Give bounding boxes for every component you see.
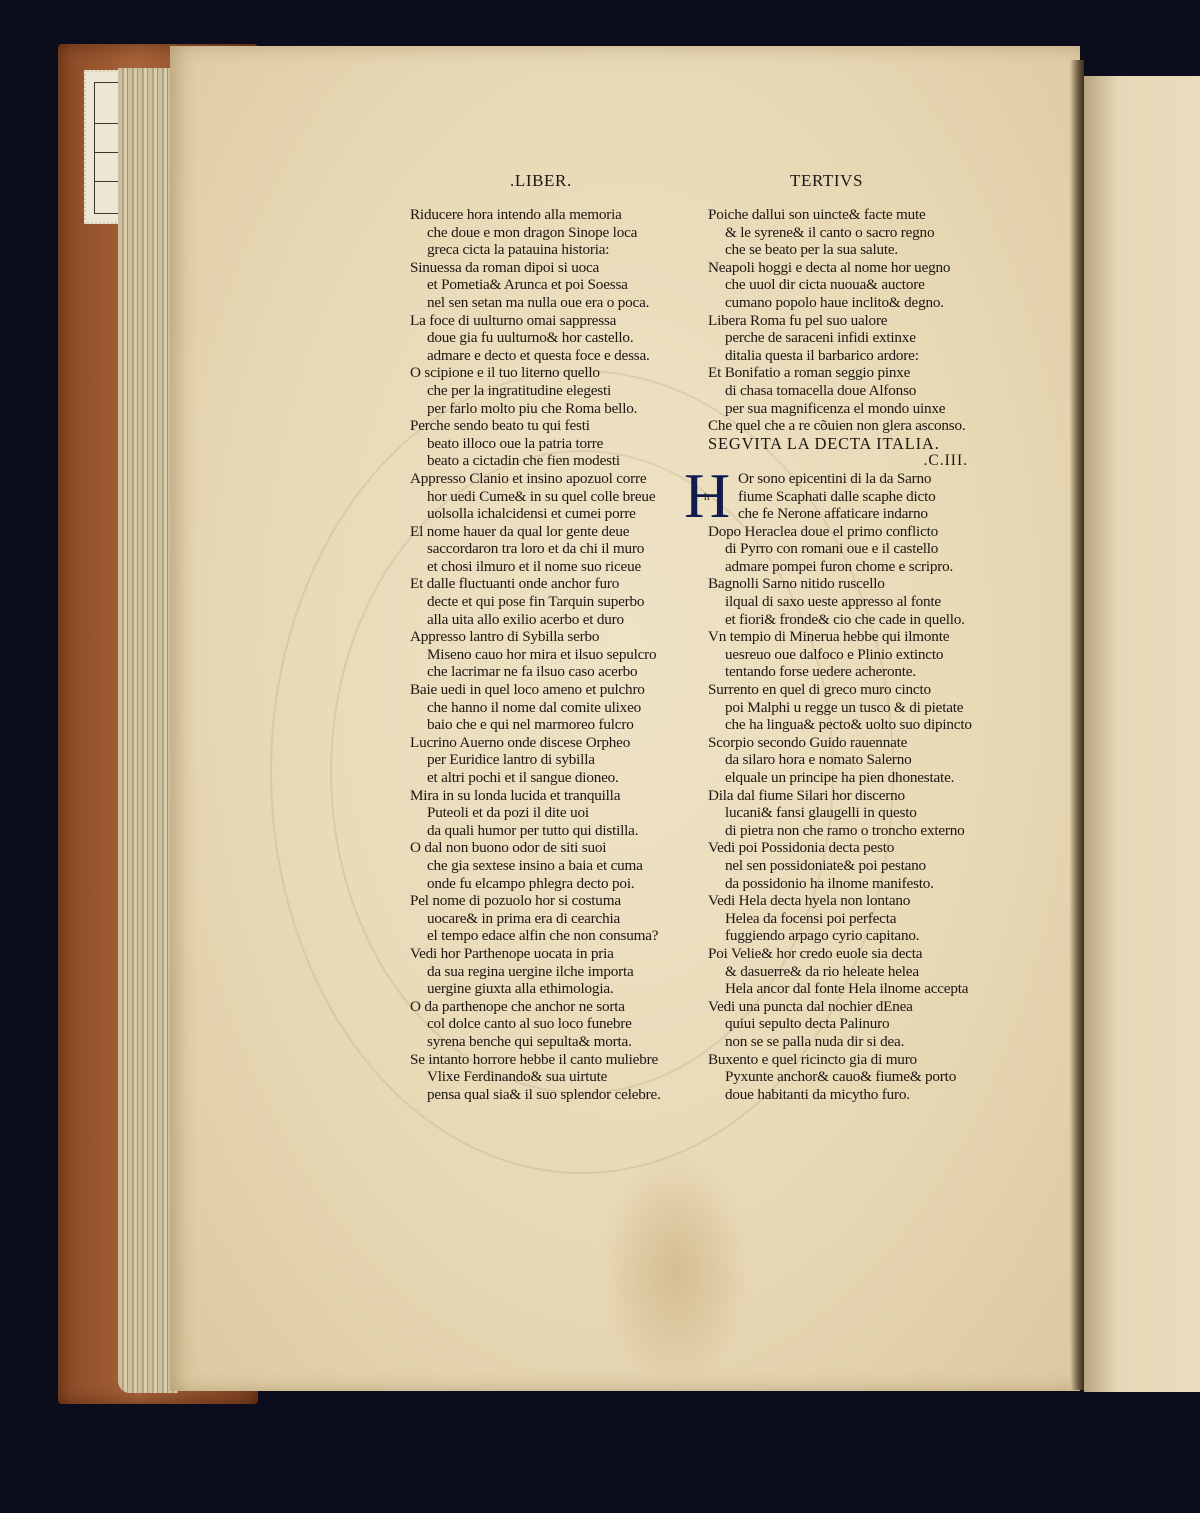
decorated-initial: H h bbox=[684, 470, 734, 522]
verse-line: Poiche dallui son uincte& facte mute bbox=[708, 206, 988, 224]
verse-line: baio che e qui nel marmoreo fulcro bbox=[410, 716, 700, 734]
verse-line: admare pompei furon chome e scripro. bbox=[708, 558, 988, 576]
verse-line: greca cicta la patauina historia: bbox=[410, 241, 700, 259]
verse-line: & le syrene& il canto o sacro regno bbox=[708, 224, 988, 242]
verse-line: che ha lingua& pecto& uolto suo dipincto bbox=[708, 716, 988, 734]
verse-line: di chasa tomacella doue Alfonso bbox=[708, 382, 988, 400]
verse-line: per sua magnificenza el mondo uinxe bbox=[708, 400, 988, 418]
verse-line: et altri pochi et il sangue dioneo. bbox=[410, 769, 700, 787]
verse-line: onde fu elcampo phlegra decto poi. bbox=[410, 875, 700, 893]
verse-line: Riducere hora intendo alla memoria bbox=[410, 206, 700, 224]
verse-line: Bagnolli Sarno nitido ruscello bbox=[708, 575, 988, 593]
verse-line: Puteoli et da pozi il dite uoi bbox=[410, 804, 700, 822]
verse-line: Dila dal fiume Silari hor discerno bbox=[708, 787, 988, 805]
verse-line: per farlo molto piu che Roma bello. bbox=[410, 400, 700, 418]
verse-line: ditalia questa il barbarico ardore: bbox=[708, 347, 988, 365]
verse-line: O dal non buono odor de siti suoi bbox=[410, 839, 700, 857]
verse-line: che se beato per la sua salute. bbox=[708, 241, 988, 259]
verse-line: che doue e mon dragon Sinope loca bbox=[410, 224, 700, 242]
right-text-column: TERTIVS Poiche dallui son uincte& facte … bbox=[708, 172, 988, 1103]
verse-line: fuggiendo arpago cyrio capitano. bbox=[708, 927, 988, 945]
verse-line: tentando forse uedere acheronte. bbox=[708, 663, 988, 681]
verse-line: uergine giuxta alla ethimologia. bbox=[410, 980, 700, 998]
book-gutter bbox=[1070, 60, 1084, 1390]
verse-line: perche de saraceni infidi extinxe bbox=[708, 329, 988, 347]
verse-line: poi Malphi u regge un tusco & di pietate bbox=[708, 699, 988, 717]
verse-line: Or sono epicentini di la da Sarno bbox=[708, 470, 988, 488]
verse-line: che hanno il nome dal comite ulixeo bbox=[410, 699, 700, 717]
chapter-number: .C.III. bbox=[708, 452, 988, 470]
verse-line: decte et qui pose fin Tarquin superbo bbox=[410, 593, 700, 611]
verse-line: ilqual di saxo ueste appresso al fonte bbox=[708, 593, 988, 611]
verse-line: elquale un principe ha pien dhonestate. bbox=[708, 769, 988, 787]
verse-line: Sinuessa da roman dipoi si uoca bbox=[410, 259, 700, 277]
verse-line: uolsolla ichalcidensi et cumei porre bbox=[410, 505, 700, 523]
verse-line: Vn tempio di Minerua hebbe qui ilmonte bbox=[708, 628, 988, 646]
verse-line: Se intanto horrore hebbe il canto mulieb… bbox=[410, 1051, 700, 1069]
verse-line: & dasuerre& da rio heleate helea bbox=[708, 963, 988, 981]
verse-line: Et dalle fluctuanti onde anchor furo bbox=[410, 575, 700, 593]
verse-line: pensa qual sia& il suo splendor celebre. bbox=[410, 1086, 700, 1104]
left-verse-lines: Riducere hora intendo alla memoriache do… bbox=[410, 206, 700, 1103]
verse-line: Mira in su londa lucida et tranquilla bbox=[410, 787, 700, 805]
verse-line: Neapoli hoggi e decta al nome hor uegno bbox=[708, 259, 988, 277]
verse-line: La foce di uulturno omai sappressa bbox=[410, 312, 700, 330]
verse-line: Et Bonifatio a roman seggio pinxe bbox=[708, 364, 988, 382]
verse-line: Che quel che a re cõuien non glera asco… bbox=[708, 417, 988, 435]
verse-line: beato illoco oue la patria torre bbox=[410, 435, 700, 453]
verse-line: Vedi hor Parthenope uocata in pria bbox=[410, 945, 700, 963]
verse-line: El nome hauer da qual lor gente deue bbox=[410, 523, 700, 541]
verse-line: da silaro hora e nomato Salerno bbox=[708, 751, 988, 769]
verse-line: doue habitanti da micytho furo. bbox=[708, 1086, 988, 1104]
verse-line: nel sen setan ma nulla oue era o poca. bbox=[410, 294, 700, 312]
verse-line: saccordaron tra loro et da chi il muro bbox=[410, 540, 700, 558]
verse-line: admare e decto et questa foce e dessa. bbox=[410, 347, 700, 365]
verse-line: Surrento en quel di greco muro cincto bbox=[708, 681, 988, 699]
section-heading: SEGVITA LA DECTA ITALIA. bbox=[708, 435, 988, 453]
verse-line: cumano popolo haue inclito& degno. bbox=[708, 294, 988, 312]
running-head-right: TERTIVS bbox=[708, 172, 988, 192]
verse-line: Baie uedi in quel loco ameno et pulchro bbox=[410, 681, 700, 699]
verse-line: da sua regina uergine ilche importa bbox=[410, 963, 700, 981]
verse-line: da quali humor per tutto qui distilla. bbox=[410, 822, 700, 840]
right-verse-lines-before-heading: Poiche dallui son uincte& facte mute& le… bbox=[708, 206, 988, 435]
verse-line: Pyxunte anchor& cauo& fiume& porto bbox=[708, 1068, 988, 1086]
verse-line: Dopo Heraclea doue el primo conflicto bbox=[708, 523, 988, 541]
verse-line: quiui sepulto decta Palinuro bbox=[708, 1015, 988, 1033]
facing-page bbox=[1084, 76, 1200, 1392]
verse-line: et chosi ilmuro et il nome suo riceue bbox=[410, 558, 700, 576]
verse-line: di Pyrro con romani oue e il castello bbox=[708, 540, 988, 558]
verse-line: non se se palla nuda dir si dea. bbox=[708, 1033, 988, 1051]
page-edges bbox=[118, 68, 178, 1393]
verse-line: uocare& in prima era di cearchia bbox=[410, 910, 700, 928]
verse-line: Miseno cauo hor mira et ilsuo sepulcro bbox=[410, 646, 700, 664]
verse-line: syrena benche qui sepulta& morta. bbox=[410, 1033, 700, 1051]
verse-line: Scorpio secondo Guido rauennate bbox=[708, 734, 988, 752]
verse-line: Pel nome di pozuolo hor si costuma bbox=[410, 892, 700, 910]
initial-block: H h Or sono epicentini di la da Sarno fi… bbox=[708, 470, 988, 523]
running-head-left: .LIBER. bbox=[410, 172, 700, 192]
verse-line: O da parthenope che anchor ne sorta bbox=[410, 998, 700, 1016]
verse-line: alla uita allo exilio acerbo et duro bbox=[410, 611, 700, 629]
verse-line: et Pometia& Arunca et poi Soessa bbox=[410, 276, 700, 294]
verse-line: el tempo edace alfin che non consuma? bbox=[410, 927, 700, 945]
verse-line: Hela ancor dal fonte Hela ilnome accepta bbox=[708, 980, 988, 998]
verse-line: O scipione e il tuo literno quello bbox=[410, 364, 700, 382]
verse-line: doue gia fu uulturno& hor castello. bbox=[410, 329, 700, 347]
verse-line: Vedi una puncta dal nochier dEnea bbox=[708, 998, 988, 1016]
verse-line: che gia sextese insino a baia et cuma bbox=[410, 857, 700, 875]
verse-line: Appresso Clanio et insino apozuol corre bbox=[410, 470, 700, 488]
verse-line: Poi Velie& hor credo euole sia decta bbox=[708, 945, 988, 963]
verse-line: che uuol dir cicta nuoua& auctore bbox=[708, 276, 988, 294]
verse-line: che per la ingratitudine elegesti bbox=[410, 382, 700, 400]
verse-line: Lucrino Auerno onde discese Orpheo bbox=[410, 734, 700, 752]
left-text-column: .LIBER. Riducere hora intendo alla memor… bbox=[410, 172, 700, 1103]
verse-line: Helea da focensi poi perfecta bbox=[708, 910, 988, 928]
initial-guide-letter: h bbox=[704, 492, 709, 503]
verse-line: che lacrimar ne fa ilsuo caso acerbo bbox=[410, 663, 700, 681]
verse-line: Vlixe Ferdinando& sua uirtute bbox=[410, 1068, 700, 1086]
verse-line: hor uedi Cume& in su quel colle breue bbox=[410, 488, 700, 506]
verse-line: lucani& fansi glaugelli in questo bbox=[708, 804, 988, 822]
verse-line: fiume Scaphati dalle scaphe dicto bbox=[708, 488, 988, 506]
verse-line: Libera Roma fu pel suo ualore bbox=[708, 312, 988, 330]
verse-line: et fiori& fronde& cio che cade in quello… bbox=[708, 611, 988, 629]
verse-line: Appresso lantro di Sybilla serbo bbox=[410, 628, 700, 646]
verse-line: col dolce canto al suo loco funebre bbox=[410, 1015, 700, 1033]
verse-line: Buxento e quel ricincto gia di muro bbox=[708, 1051, 988, 1069]
verse-line: Vedi poi Possidonia decta pesto bbox=[708, 839, 988, 857]
verse-line: di pietra non che ramo o troncho externo bbox=[708, 822, 988, 840]
verse-line: beato a cictadin che fien modesti bbox=[410, 452, 700, 470]
water-stain bbox=[600, 1150, 750, 1390]
verse-line: uesreuo oue dalfoco e Plinio extincto bbox=[708, 646, 988, 664]
verse-line: Perche sendo beato tu qui festi bbox=[410, 417, 700, 435]
right-verse-lines-after-initial: Dopo Heraclea doue el primo conflictodi … bbox=[708, 523, 988, 1104]
verse-line: da possidonio ha ilnome manifesto. bbox=[708, 875, 988, 893]
verse-line: nel sen possidoniate& poi pestano bbox=[708, 857, 988, 875]
verse-line: che fe Nerone affaticare indarno bbox=[708, 505, 988, 523]
verse-line: per Euridice lantro di sybilla bbox=[410, 751, 700, 769]
verse-line: Vedi Hela decta hyela non lontano bbox=[708, 892, 988, 910]
